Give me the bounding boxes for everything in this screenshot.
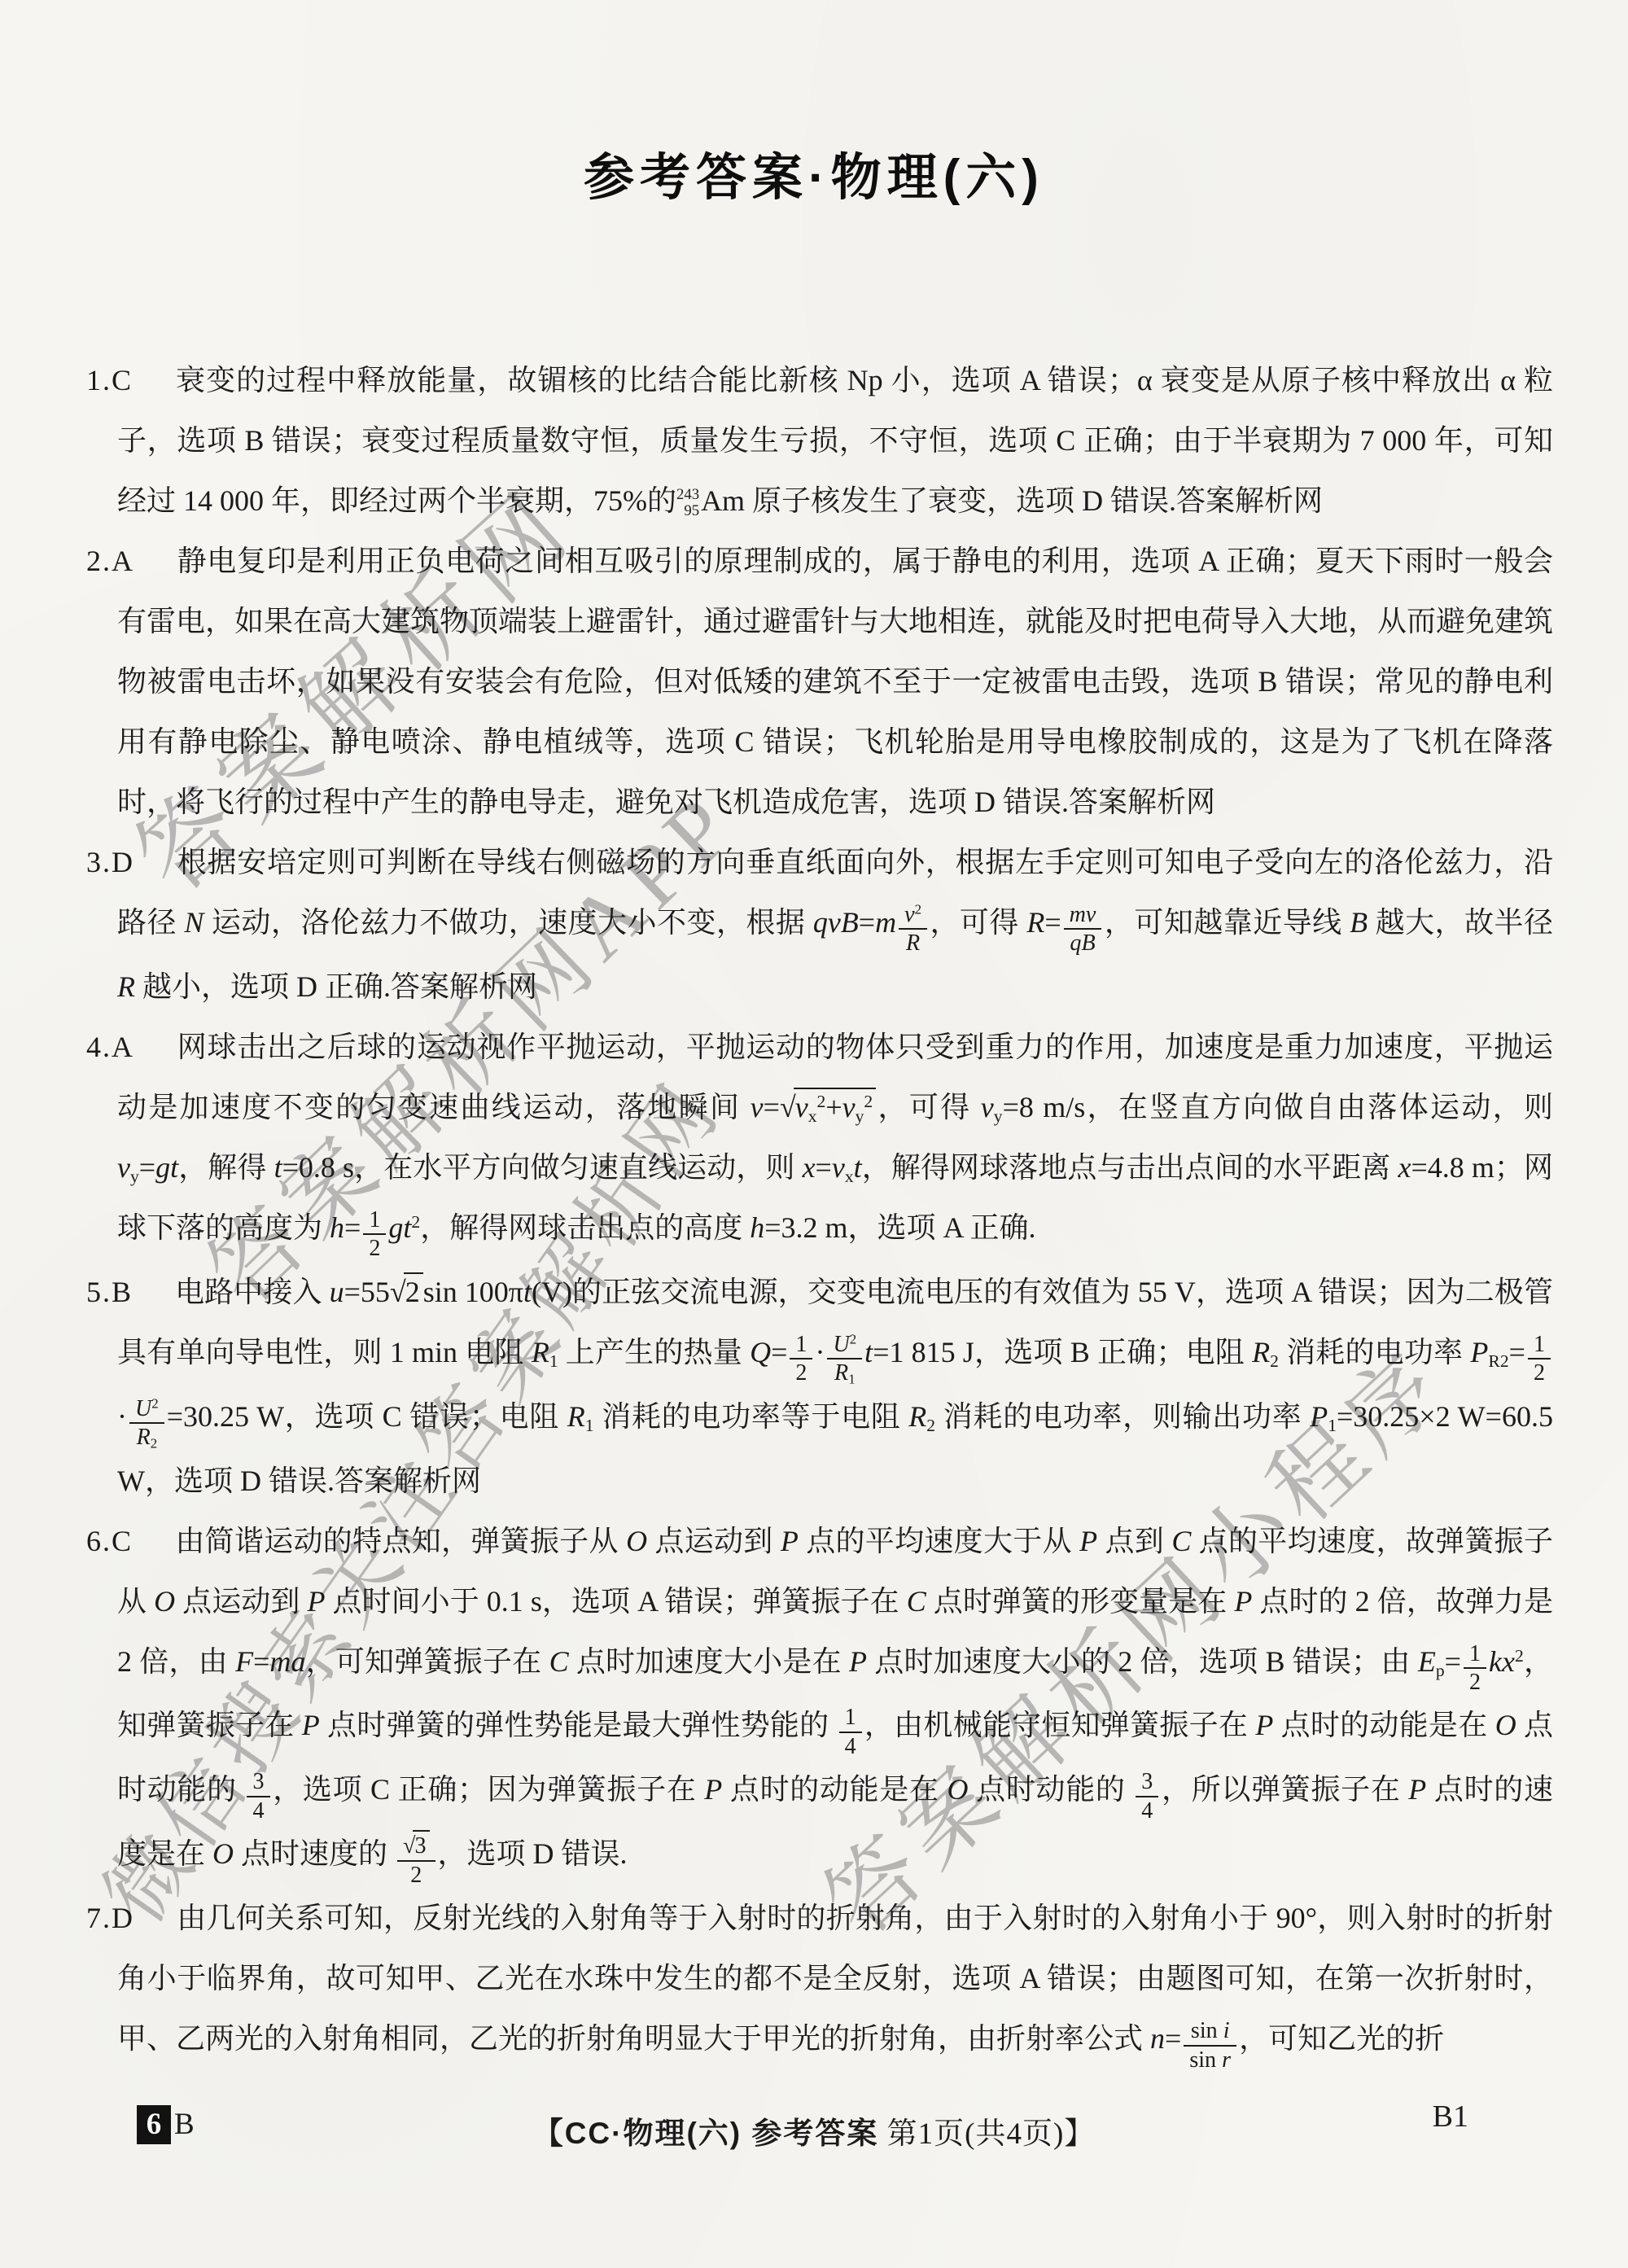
square-root: √3: [403, 1833, 429, 1859]
fraction: mvqB: [1064, 902, 1102, 957]
fraction: 12: [1528, 1332, 1551, 1386]
fraction: √32: [397, 1833, 435, 1888]
fraction: v2R: [899, 902, 927, 957]
fraction: 12: [790, 1332, 812, 1386]
item-number: 4.A: [86, 1031, 134, 1063]
fraction: 34: [1136, 1769, 1158, 1824]
footer-caption-bold: 【CC·物理(六) 参考答案: [533, 2117, 879, 2150]
fraction: 12: [1464, 1641, 1486, 1696]
fraction: 34: [247, 1769, 269, 1824]
answer-item-5: 5.B电路中接入 u=55√2sin 100πt(V)的正弦交流电源，交变电流电…: [86, 1262, 1553, 1511]
fraction: U2R2: [129, 1396, 164, 1451]
answer-item-7: 7.D由几何关系可知，反射光线的入射角等于入射时的折射角，由于入射时的入射角小于…: [86, 1888, 1553, 2073]
answer-item-2: 2.A静电复印是利用正负电荷之间相互吸引的原理制成的，属于静电的利用，选项 A …: [86, 531, 1553, 832]
answer-item-3: 3.D根据安培定则可判断在导线右侧磁场的方向垂直纸面向外，根据左手定则可知电子受…: [86, 832, 1553, 1017]
nuclide-mass-number: 24395: [676, 487, 699, 519]
fraction: U2R1: [827, 1332, 862, 1386]
item-number: 7.D: [86, 1902, 134, 1934]
item-number: 3.D: [86, 846, 134, 878]
item-number: 6.C: [86, 1525, 133, 1557]
item-number: 2.A: [86, 545, 134, 577]
page-title: 参考答案·物理(六): [0, 137, 1628, 209]
sheet-code: B1: [1433, 2099, 1468, 2134]
fraction: 12: [363, 1207, 386, 1262]
item-number: 1.C: [86, 364, 133, 396]
footer-caption: 【CC·物理(六) 参考答案 第1页(共4页)】: [0, 2108, 1628, 2152]
answer-list: 1.C衰变的过程中释放能量，故镅核的比结合能比新核 Np 小，选项 A 错误；α…: [86, 350, 1553, 2073]
fraction: 14: [839, 1705, 862, 1759]
page-footer: 6B 【CC·物理(六) 参考答案 第1页(共4页)】 B1: [0, 2105, 1628, 2162]
square-root: √vx2+vy2: [780, 1091, 876, 1123]
answer-item-6: 6.C由简谐运动的特点知，弹簧振子从 O 点运动到 P 点的平均速度大于从 P …: [86, 1511, 1553, 1889]
fraction: sin isin r: [1184, 2018, 1236, 2073]
answer-item-4: 4.A网球击出之后球的运动视作平抛运动，平抛运动的物体只受到重力的作用，加速度是…: [86, 1017, 1553, 1262]
footer-caption-page: 第1页(共4页)】: [878, 2117, 1095, 2151]
item-number: 5.B: [86, 1276, 133, 1308]
answer-item-1: 1.C衰变的过程中释放能量，故镅核的比结合能比新核 Np 小，选项 A 错误；α…: [86, 350, 1553, 531]
square-root: √2: [390, 1276, 423, 1308]
